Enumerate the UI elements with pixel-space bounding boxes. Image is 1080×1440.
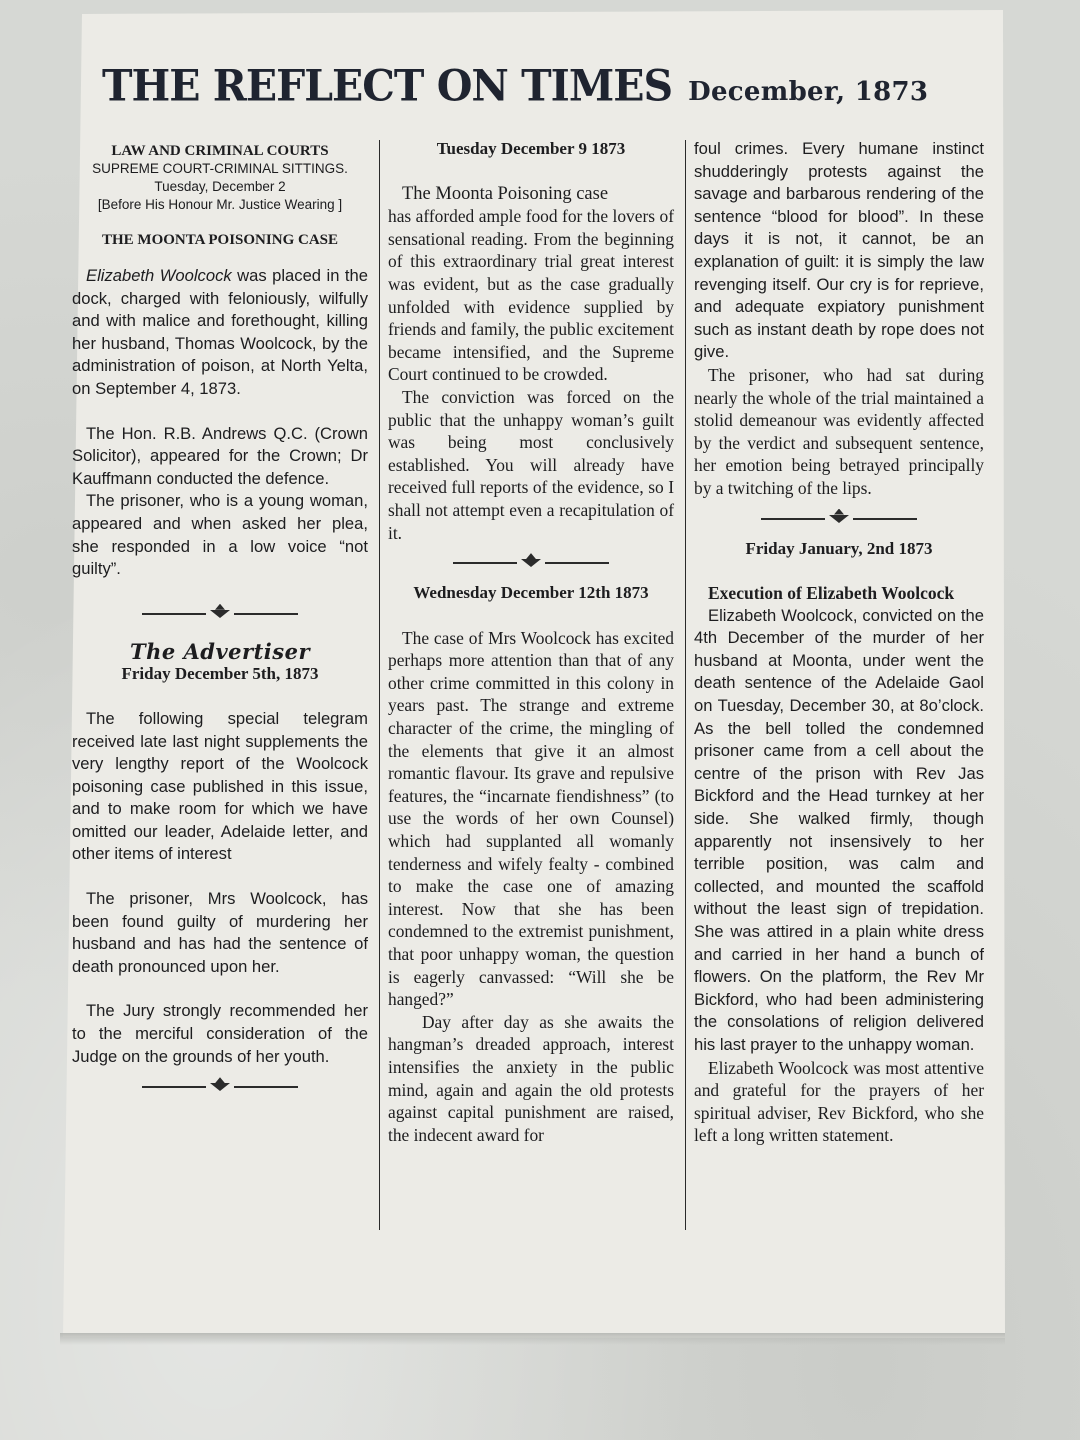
dateline: Friday January, 2nd 1873 [694,538,984,561]
article-paragraph: The Jury strongly recommended her to the… [72,1000,368,1068]
sitting-date: Tuesday, December 2 [72,178,368,196]
page-shadow [60,1333,1005,1345]
column-rule-2 [685,140,686,1230]
article-paragraph: Elizabeth Woolcock, convicted on the 4th… [694,605,984,1057]
paper-date: Friday December 5th, 1873 [72,663,368,686]
section-divider [72,1076,368,1098]
article-paragraph: The Hon. R.B. Andrews Q.C. (Crown Solici… [72,423,368,491]
section-divider [72,603,368,625]
section-title: LAW AND CRIMINAL COURTS [72,142,368,160]
article-paragraph: Elizabeth Woolcock was most attentive an… [694,1057,984,1147]
column-3: foul crimes. Every humane instinct shudd… [694,138,984,1147]
diamond-ornament-icon [210,610,230,618]
dateline: Tuesday December 9 1873 [388,138,674,161]
masthead: THE REFLECT ON TIMES December, 1873 [102,62,928,110]
article-paragraph: foul crimes. Every humane instinct shudd… [694,138,984,364]
headline: The Moonta Poisoning case [388,183,674,206]
article-paragraph: Elizabeth Woolcock was placed in the doc… [72,265,368,401]
case-title: THE MOONTA POISONING CASE [72,231,368,249]
article-paragraph: The case of Mrs Woolcock has excited per… [388,627,674,1011]
article-paragraph: The following special telegram received … [72,708,368,866]
defendant-name: Elizabeth Woolcock [86,266,232,285]
issue-date: December, 1873 [688,77,928,107]
court-name: SUPREME COURT-CRIMINAL SITTINGS. [72,160,368,178]
diamond-ornament-icon [210,1083,230,1091]
diamond-ornament-icon [829,515,849,523]
article-paragraph: has afforded ample food for the lovers o… [388,205,674,386]
diamond-ornament-icon [521,559,541,567]
section-divider [694,508,984,530]
headline: Execution of Elizabeth Woolcock [694,582,984,605]
article-paragraph: The prisoner, who is a young woman, appe… [72,490,368,580]
section-divider [388,552,674,574]
article-paragraph: The conviction was forced on the public … [388,386,674,544]
paper-name: The Advertiser [72,641,368,664]
article-paragraph: The prisoner, Mrs Woolcock, has been fou… [72,888,368,978]
column-1: LAW AND CRIMINAL COURTS SUPREME COURT-CR… [72,138,368,1098]
dateline: Wednesday December 12th 1873 [388,582,674,605]
article-paragraph: The prisoner, who had sat during nearly … [694,364,984,500]
judge-line: [Before His Honour Mr. Justice Wearing ] [72,196,368,214]
newspaper-title: THE REFLECT ON TIMES [102,61,672,111]
column-2: Tuesday December 9 1873 The Moonta Poiso… [388,138,674,1146]
article-paragraph: Day after day as she awaits the hangman’… [388,1011,674,1147]
column-rule-1 [379,140,380,1230]
